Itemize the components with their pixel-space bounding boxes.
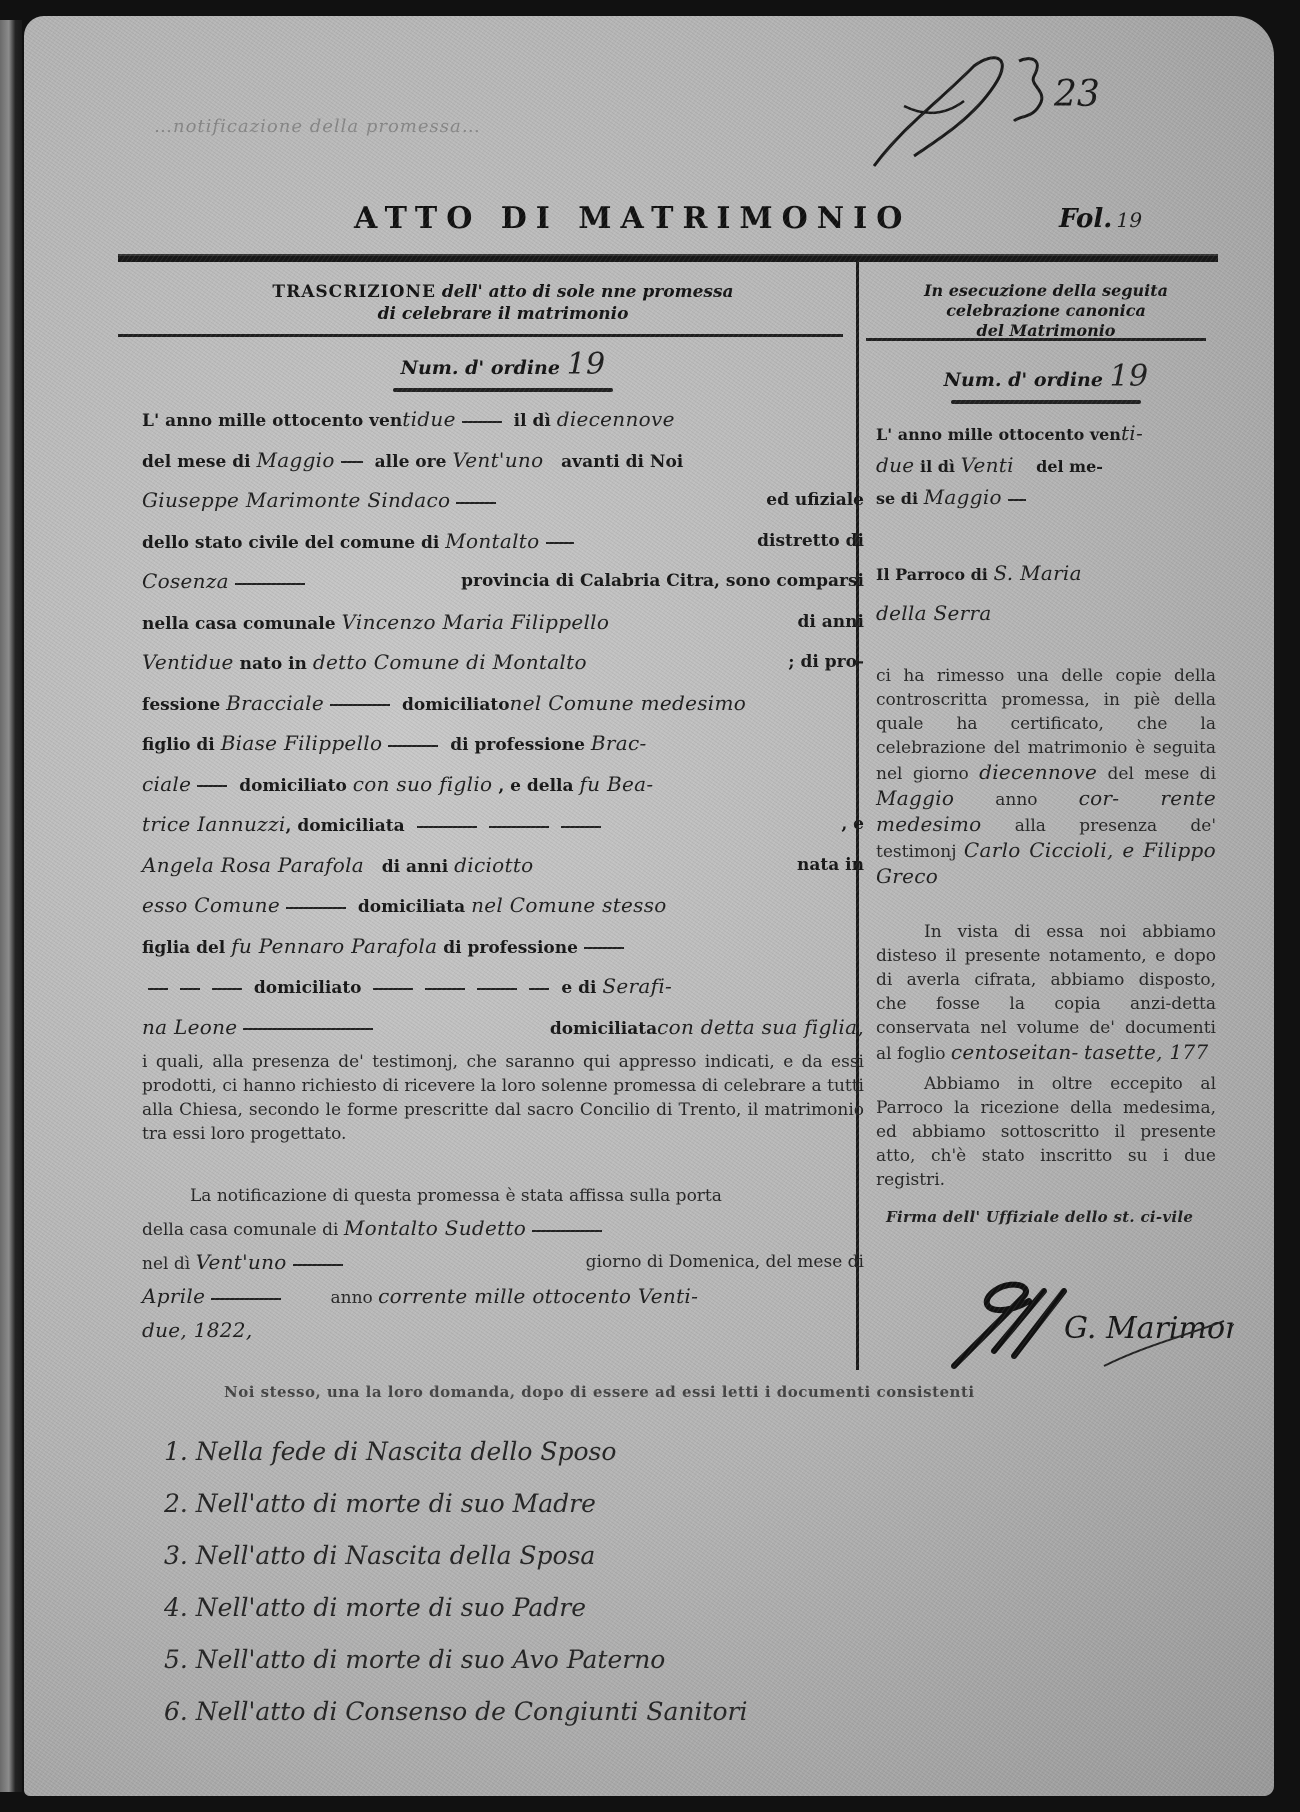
document-list-item: 5. Nell'atto di morte di suo Avo Paterno (164, 1634, 964, 1686)
documents-list: 1. Nella fede di Nascita dello Sposo 2. … (164, 1426, 964, 1738)
order-number: Num. d' ordine 19 (142, 347, 864, 382)
notification-paragraph: La notificazione di questa promessa è st… (142, 1180, 864, 1348)
svg-text:G. Marimonte: G. Marimonte (1064, 1311, 1234, 1346)
right-order-number-underline (951, 400, 1141, 404)
folio-annotation-scribble-icon: 23 (844, 46, 1144, 176)
svg-text:23: 23 (1053, 74, 1100, 115)
order-number-value: 19 (567, 347, 606, 382)
signature-caption: Firma dell' Uffiziale dello st. ci-vile (876, 1208, 1216, 1226)
celebration-date-block: L' anno mille ottocento venti- due il dì… (876, 418, 1216, 514)
faint-bleed-through-text: …notificazione della promessa… (154, 116, 874, 137)
closing-block: Abbiamo in oltre eccepito al Parroco la … (876, 1072, 1216, 1192)
documents-intro-line: Noi stesso, una la loro domanda, dopo di… (224, 1383, 1124, 1401)
right-order-number: Num. d' ordine 19 (876, 359, 1216, 394)
request-paragraph: i quali, alla presenza de' testimonj, ch… (142, 1050, 864, 1146)
document-list-item: 2. Nell'atto di morte di suo Madre (164, 1478, 964, 1530)
left-column-header: TRASCRIZIONE dell' atto di sole nne prom… (142, 281, 864, 325)
transcription-column: TRASCRIZIONE dell' atto di sole nne prom… (142, 281, 864, 1348)
right-column-header: In esecuzione della seguita celebrazione… (876, 281, 1216, 341)
declaration-paragraph: L' anno mille ottocento ventidue il dì d… (142, 400, 864, 1048)
folio-label: Fol. (1059, 204, 1112, 234)
celebration-column: In esecuzione della seguita celebrazione… (876, 281, 1216, 1226)
document-list-item: 3. Nell'atto di Nascita della Sposa (164, 1530, 964, 1582)
order-number-underline (393, 388, 613, 392)
document-list-item: 1. Nella fede di Nascita dello Sposo (164, 1426, 964, 1478)
document-list-item: 4. Nell'atto di morte di suo Padre (164, 1582, 964, 1634)
certification-block: ci ha rimesso una delle copie della cont… (876, 664, 1216, 890)
official-signature-icon: G. Marimonte (934, 1266, 1234, 1376)
document-page: …notificazione della promessa… 23 ATTO D… (24, 16, 1274, 1796)
header-lead: TRASCRIZIONE (272, 282, 436, 302)
header-rule-top (118, 254, 1218, 262)
folio-marker: Fol.19 (1059, 204, 1142, 234)
parish-priest-block: Il Parroco di S. Maria della Serra (876, 554, 1216, 634)
document-list-item: 6. Nell'atto di Consenso de Congiunti Sa… (164, 1686, 964, 1738)
registration-block: In vista di essa noi abbiamo disteso il … (876, 920, 1216, 1066)
document-title: ATTO DI MATRIMONIO (354, 201, 911, 236)
folio-number: 19 (1116, 208, 1142, 232)
binding-edge (0, 20, 22, 1792)
